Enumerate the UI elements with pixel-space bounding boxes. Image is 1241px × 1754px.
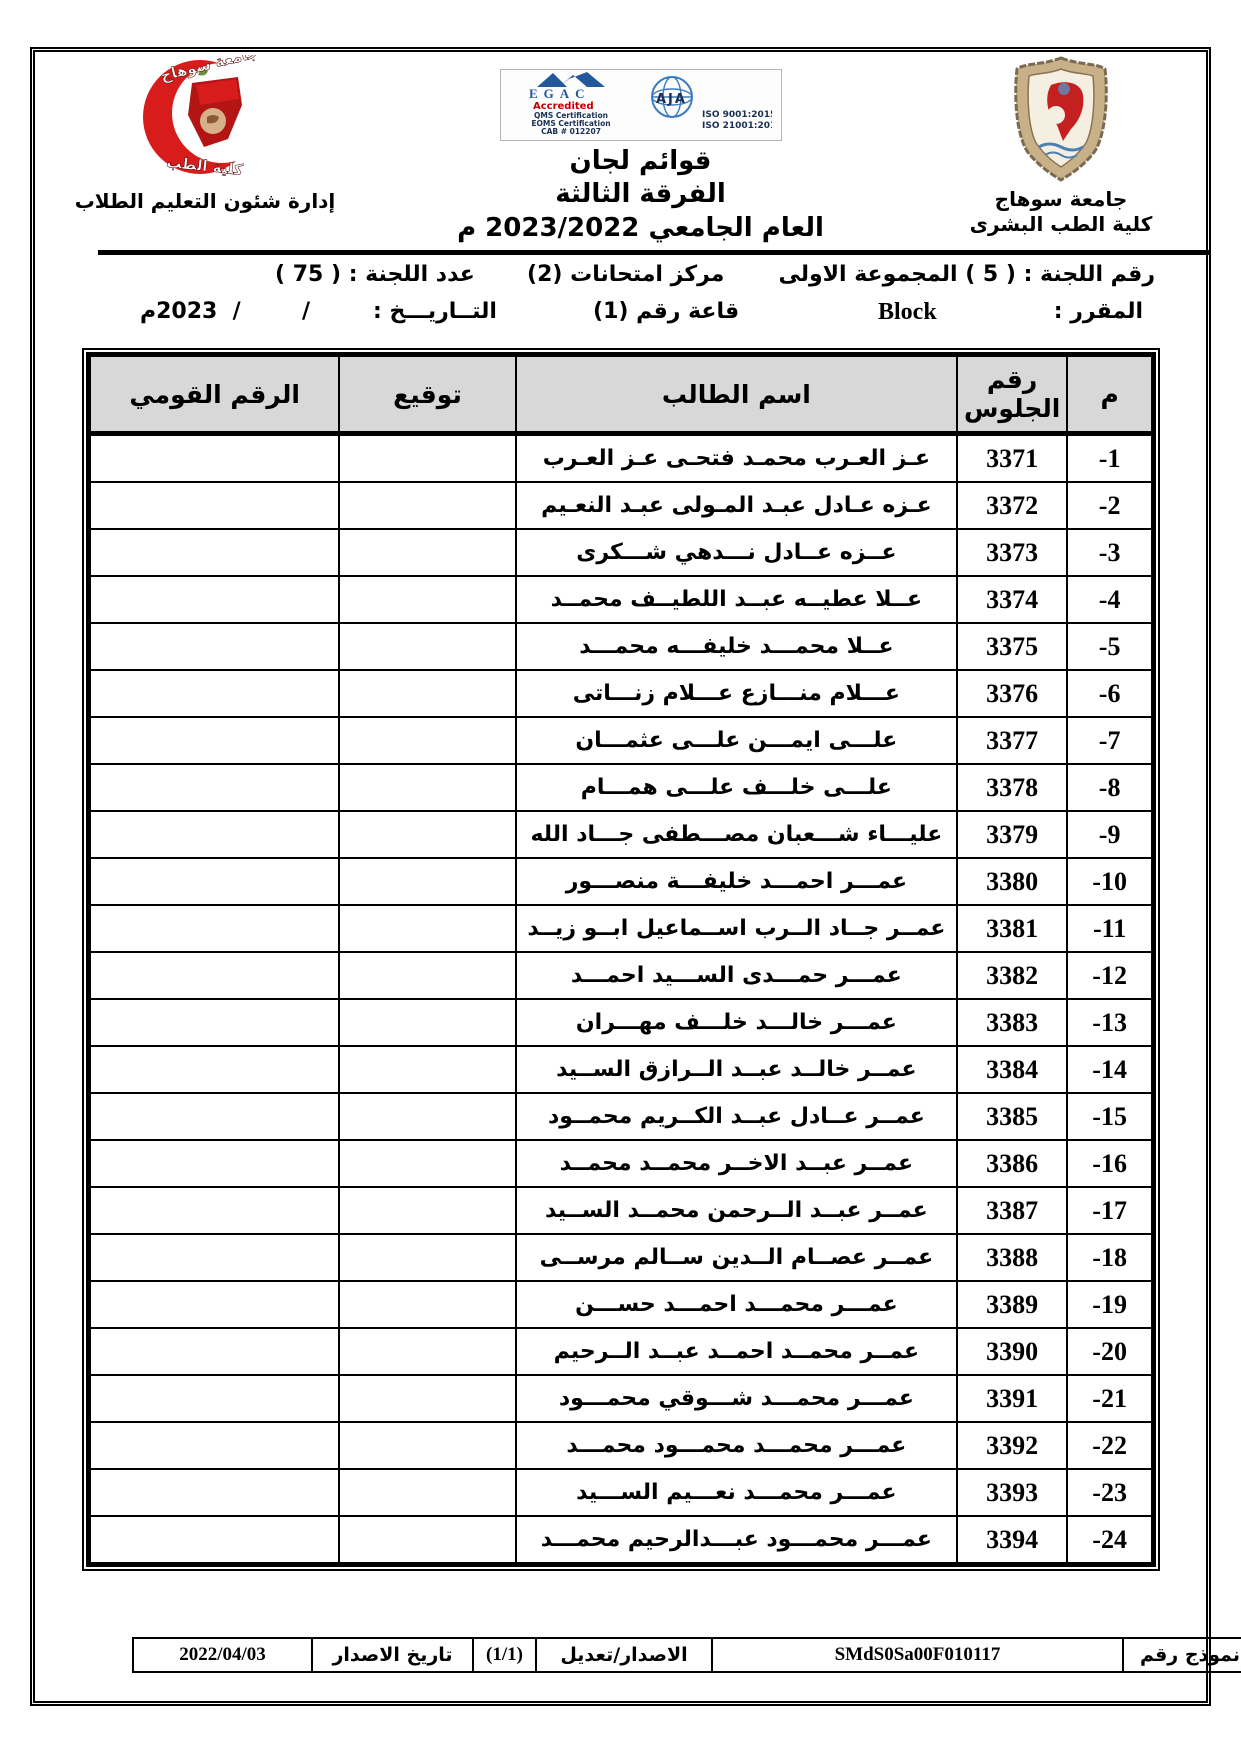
national-id-cell (89, 482, 340, 529)
national-id-cell (89, 1469, 340, 1516)
row-index-cell: 6- (1067, 670, 1153, 717)
row-index-cell: 21- (1067, 1375, 1153, 1422)
students-table: م رقم الجلوس اسم الطالب توقيع الرقم القو… (86, 352, 1156, 1567)
svg-text:EGAC: EGAC (529, 86, 591, 101)
exam-center-label: مركز امتحانات (2) (527, 262, 724, 287)
national-id-cell (89, 999, 340, 1046)
student-name-cell: عمــر جــاد الــرب اســماعيل ابــو زيــد (516, 905, 957, 952)
national-id-cell (89, 1375, 340, 1422)
signature-cell (339, 1516, 515, 1565)
seat-number-cell: 3375 (957, 623, 1067, 670)
row-index-cell: 24- (1067, 1516, 1153, 1565)
date-label: التــاريـــخ : (373, 299, 497, 324)
table-row: 11- 3381 عمــر جــاد الــرب اســماعيل اب… (89, 905, 1154, 952)
seat-number-cell: 3373 (957, 529, 1067, 576)
student-name-cell: عمـــر محمـــد محمـــود محمـــد (516, 1422, 957, 1469)
signature-cell (339, 764, 515, 811)
signature-cell (339, 1375, 515, 1422)
student-name-cell: عمـــر احمـــد خليفـــة منصـــور (516, 858, 957, 905)
row-index-cell: 19- (1067, 1281, 1153, 1328)
row-index-cell: 23- (1067, 1469, 1153, 1516)
row-index-cell: 10- (1067, 858, 1153, 905)
signature-cell (339, 1140, 515, 1187)
header-student-name: اسم الطالب (516, 355, 957, 434)
student-name-cell: عـز العـرب محمـد فتحـى عـز العـرب (516, 434, 957, 483)
student-name-cell: عـزه عـادل عبـد المـولى عبـد النعـيم (516, 482, 957, 529)
table-row: 8- 3378 علـــى خلـــف علـــى همـــام (89, 764, 1154, 811)
department-label: إدارة شئون التعليم الطلاب (55, 189, 355, 213)
header-right-block: جامعة سوهاج كلية الطب البشرى (926, 55, 1196, 255)
header-seat-number: رقم الجلوس (957, 355, 1067, 434)
national-id-cell (89, 1140, 340, 1187)
row-index-cell: 7- (1067, 717, 1153, 764)
seat-number-cell: 3392 (957, 1422, 1067, 1469)
table-row: 19- 3389 عمـــر محمـــد احمـــد حســـن (89, 1281, 1154, 1328)
issue-label: الاصدار/تعديل (536, 1638, 712, 1672)
egac-accredited-logo-icon: EGAC Accredited QMS Certification EOMS C… (509, 71, 633, 139)
issue-value: (1/1) (473, 1638, 536, 1672)
university-name: جامعة سوهاج (926, 187, 1196, 212)
row-index-cell: 11- (1067, 905, 1153, 952)
table-row: 13- 3383 عمـــر خالـــد خلـــف مهـــران (89, 999, 1154, 1046)
seat-number-cell: 3376 (957, 670, 1067, 717)
national-id-cell (89, 905, 340, 952)
national-id-cell (89, 434, 340, 483)
page-title: قوائم لجان (406, 145, 876, 178)
row-index-cell: 8- (1067, 764, 1153, 811)
hall-label: قاعة رقم (1) (593, 299, 739, 324)
table-row: 16- 3386 عمــر عبــد الاخــر محمــد محمـ… (89, 1140, 1154, 1187)
signature-cell (339, 623, 515, 670)
issue-date-label: تاريخ الاصدار (312, 1638, 473, 1672)
student-name-cell: عمــر محمــد احمــد عبــد الــرحيم (516, 1328, 957, 1375)
national-id-cell (89, 1187, 340, 1234)
row-index-cell: 12- (1067, 952, 1153, 999)
header-index: م (1067, 355, 1153, 434)
aja-globe-logo-icon: AJA ISO 9001:2015 ISO 21001:2018 (642, 73, 772, 137)
course-value: Block (878, 299, 937, 326)
table-row: 5- 3375 عــلا محمـــد خليفـــه محمـــد (89, 623, 1154, 670)
student-name-cell: علـــى ايمـــن علـــى عثمـــان (516, 717, 957, 764)
table-row: 1- 3371 عـز العـرب محمـد فتحـى عـز العـر… (89, 434, 1154, 483)
table-row: 6- 3376 عـــلام منـــازع عـــلام زنـــات… (89, 670, 1154, 717)
row-index-cell: 18- (1067, 1234, 1153, 1281)
table-row: 17- 3387 عمــر عبــد الــرحمن محمــد الس… (89, 1187, 1154, 1234)
header-signature: توقيع (339, 355, 515, 434)
seat-number-cell: 3382 (957, 952, 1067, 999)
seat-number-cell: 3394 (957, 1516, 1067, 1565)
table-row: 24- 3394 عمـــر محمـــود عبـــدالرحيم مح… (89, 1516, 1154, 1565)
seat-number-cell: 3385 (957, 1093, 1067, 1140)
form-number-label: نموذج رقم (1123, 1638, 1241, 1672)
student-name-cell: عمــر عــادل عبــد الكــريم محمــود (516, 1093, 957, 1140)
row-index-cell: 15- (1067, 1093, 1153, 1140)
students-table-header: م رقم الجلوس اسم الطالب توقيع الرقم القو… (89, 355, 1154, 434)
table-row: 10- 3380 عمـــر احمـــد خليفـــة منصـــو… (89, 858, 1154, 905)
seat-number-cell: 3390 (957, 1328, 1067, 1375)
national-id-cell (89, 529, 340, 576)
row-index-cell: 16- (1067, 1140, 1153, 1187)
signature-cell (339, 670, 515, 717)
signature-cell (339, 1187, 515, 1234)
date-value: / / 2023م (140, 299, 310, 324)
student-name-cell: علـــى خلـــف علـــى همـــام (516, 764, 957, 811)
student-name-cell: عمـــر محمـــود عبـــدالرحيم محمـــد (516, 1516, 957, 1565)
table-row: 9- 3379 عليـــاء شـــعبان مصـــطفى جـــا… (89, 811, 1154, 858)
table-row: 3- 3373 عــزه عــادل نـــدهي شـــكرى (89, 529, 1154, 576)
signature-cell (339, 1328, 515, 1375)
table-row: 21- 3391 عمـــر محمـــد شـــوقي محمـــود (89, 1375, 1154, 1422)
sohag-university-shield-logo-icon (1009, 168, 1113, 187)
footer-form-table: نموذج رقم SMdS0Sa00F010117 الاصدار/تعديل… (132, 1637, 1241, 1673)
seat-number-cell: 3384 (957, 1046, 1067, 1093)
national-id-cell (89, 1234, 340, 1281)
student-name-cell: عـــلام منـــازع عـــلام زنـــاتى (516, 670, 957, 717)
signature-cell (339, 434, 515, 483)
row-index-cell: 4- (1067, 576, 1153, 623)
faculty-name: كلية الطب البشرى (926, 212, 1196, 237)
national-id-cell (89, 764, 340, 811)
national-id-cell (89, 1093, 340, 1140)
faculty-crescent-logo-icon: جامعة سوهاج كلية الطب (100, 168, 310, 187)
signature-cell (339, 1422, 515, 1469)
header-left-block: جامعة سوهاج كلية الطب إدارة شئون التعليم… (55, 55, 355, 255)
student-name-cell: عــلا محمـــد خليفـــه محمـــد (516, 623, 957, 670)
seat-number-cell: 3387 (957, 1187, 1067, 1234)
national-id-cell (89, 717, 340, 764)
document-titles: قوائم لجان الفرقة الثالثة العام الجامعي … (406, 145, 876, 245)
table-row: 4- 3374 عــلا عطيــه عبــد اللطيــف محمـ… (89, 576, 1154, 623)
signature-cell (339, 1046, 515, 1093)
signature-cell (339, 952, 515, 999)
student-name-cell: عمـــر محمـــد احمـــد حســـن (516, 1281, 957, 1328)
national-id-cell (89, 1281, 340, 1328)
signature-cell (339, 482, 515, 529)
row-index-cell: 17- (1067, 1187, 1153, 1234)
seat-number-cell: 3381 (957, 905, 1067, 952)
national-id-cell (89, 1046, 340, 1093)
header-divider-rule (98, 250, 1209, 255)
seat-number-cell: 3371 (957, 434, 1067, 483)
national-id-cell (89, 670, 340, 717)
table-row: 14- 3384 عمــر خالــد عبــد الــرازق الس… (89, 1046, 1154, 1093)
seat-number-cell: 3379 (957, 811, 1067, 858)
row-index-cell: 13- (1067, 999, 1153, 1046)
student-name-cell: عمــر عبــد الاخــر محمــد محمــد (516, 1140, 957, 1187)
document-page: جامعة سوهاج كلية الطب إدارة شئون التعليم… (0, 0, 1241, 1754)
student-name-cell: عمــر عصــام الــدين ســالم مرســى (516, 1234, 957, 1281)
row-index-cell: 20- (1067, 1328, 1153, 1375)
signature-cell (339, 1234, 515, 1281)
national-id-cell (89, 952, 340, 999)
table-row: 22- 3392 عمـــر محمـــد محمـــود محمـــد (89, 1422, 1154, 1469)
accreditation-box: EGAC Accredited QMS Certification EOMS C… (500, 69, 782, 141)
signature-cell (339, 811, 515, 858)
student-name-cell: عــزه عــادل نـــدهي شـــكرى (516, 529, 957, 576)
row-index-cell: 9- (1067, 811, 1153, 858)
row-index-cell: 2- (1067, 482, 1153, 529)
seat-number-cell: 3389 (957, 1281, 1067, 1328)
issue-date-value: 2022/04/03 (133, 1638, 312, 1672)
student-name-cell: عمـــر محمـــد نعـــيم الســـيد (516, 1469, 957, 1516)
national-id-cell (89, 1516, 340, 1565)
row-index-cell: 14- (1067, 1046, 1153, 1093)
table-row: 18- 3388 عمــر عصــام الــدين ســالم مرس… (89, 1234, 1154, 1281)
student-name-cell: عمــر عبــد الــرحمن محمــد الســيد (516, 1187, 957, 1234)
svg-text:AJA: AJA (656, 92, 687, 107)
national-id-cell (89, 1328, 340, 1375)
national-id-cell (89, 623, 340, 670)
seat-number-cell: 3393 (957, 1469, 1067, 1516)
header-national-id: الرقم القومي (89, 355, 340, 434)
committee-number-label: رقم اللجنة : ( 5 ) المجموعة الاولى (778, 262, 1155, 287)
seat-number-cell: 3374 (957, 576, 1067, 623)
seat-number-cell: 3383 (957, 999, 1067, 1046)
row-index-cell: 3- (1067, 529, 1153, 576)
seat-number-cell: 3378 (957, 764, 1067, 811)
svg-text:CAB # 012207: CAB # 012207 (541, 127, 601, 135)
seat-number-cell: 3380 (957, 858, 1067, 905)
committee-count-label: عدد اللجنة : ( 75 ) (275, 262, 475, 287)
seat-number-cell: 3391 (957, 1375, 1067, 1422)
signature-cell (339, 529, 515, 576)
student-name-cell: عمـــر حمـــدى الســـيد احمـــد (516, 952, 957, 999)
student-name-cell: عليـــاء شـــعبان مصـــطفى جـــاد الله (516, 811, 957, 858)
signature-cell (339, 1281, 515, 1328)
signature-cell (339, 858, 515, 905)
table-row: 15- 3385 عمــر عــادل عبــد الكــريم محم… (89, 1093, 1154, 1140)
national-id-cell (89, 576, 340, 623)
row-index-cell: 22- (1067, 1422, 1153, 1469)
signature-cell (339, 999, 515, 1046)
svg-text:ISO 9001:2015: ISO 9001:2015 (702, 110, 772, 120)
signature-cell (339, 1093, 515, 1140)
academic-year-title: العام الجامعي 2023/2022 م (406, 212, 876, 245)
table-row: 23- 3393 عمـــر محمـــد نعـــيم الســـيد (89, 1469, 1154, 1516)
table-row: 7- 3377 علـــى ايمـــن علـــى عثمـــان (89, 717, 1154, 764)
student-name-cell: عمــر خالــد عبــد الــرازق الســيد (516, 1046, 957, 1093)
table-row: 20- 3390 عمــر محمــد احمــد عبــد الــر… (89, 1328, 1154, 1375)
table-row: 2- 3372 عـزه عـادل عبـد المـولى عبـد الن… (89, 482, 1154, 529)
seat-number-cell: 3388 (957, 1234, 1067, 1281)
signature-cell (339, 1469, 515, 1516)
signature-cell (339, 905, 515, 952)
seat-number-cell: 3372 (957, 482, 1067, 529)
signature-cell (339, 717, 515, 764)
signature-cell (339, 576, 515, 623)
seat-number-cell: 3386 (957, 1140, 1067, 1187)
seat-number-cell: 3377 (957, 717, 1067, 764)
header-center-block: EGAC Accredited QMS Certification EOMS C… (406, 55, 876, 255)
national-id-cell (89, 811, 340, 858)
national-id-cell (89, 1422, 340, 1469)
svg-text:ISO 21001:2018: ISO 21001:2018 (702, 121, 772, 131)
row-index-cell: 1- (1067, 434, 1153, 483)
grade-title: الفرقة الثالثة (406, 178, 876, 211)
student-rows: 1- 3371 عـز العـرب محمـد فتحـى عـز العـر… (89, 434, 1154, 1565)
student-name-cell: عمـــر محمـــد شـــوقي محمـــود (516, 1375, 957, 1422)
table-row: 12- 3382 عمـــر حمـــدى الســـيد احمـــد (89, 952, 1154, 999)
form-number-value: SMdS0Sa00F010117 (712, 1638, 1123, 1672)
student-name-cell: عــلا عطيــه عبــد اللطيــف محمــد (516, 576, 957, 623)
header: جامعة سوهاج كلية الطب إدارة شئون التعليم… (55, 55, 1196, 255)
course-label: المقرر : (1054, 299, 1143, 324)
national-id-cell (89, 858, 340, 905)
student-name-cell: عمـــر خالـــد خلـــف مهـــران (516, 999, 957, 1046)
row-index-cell: 5- (1067, 623, 1153, 670)
